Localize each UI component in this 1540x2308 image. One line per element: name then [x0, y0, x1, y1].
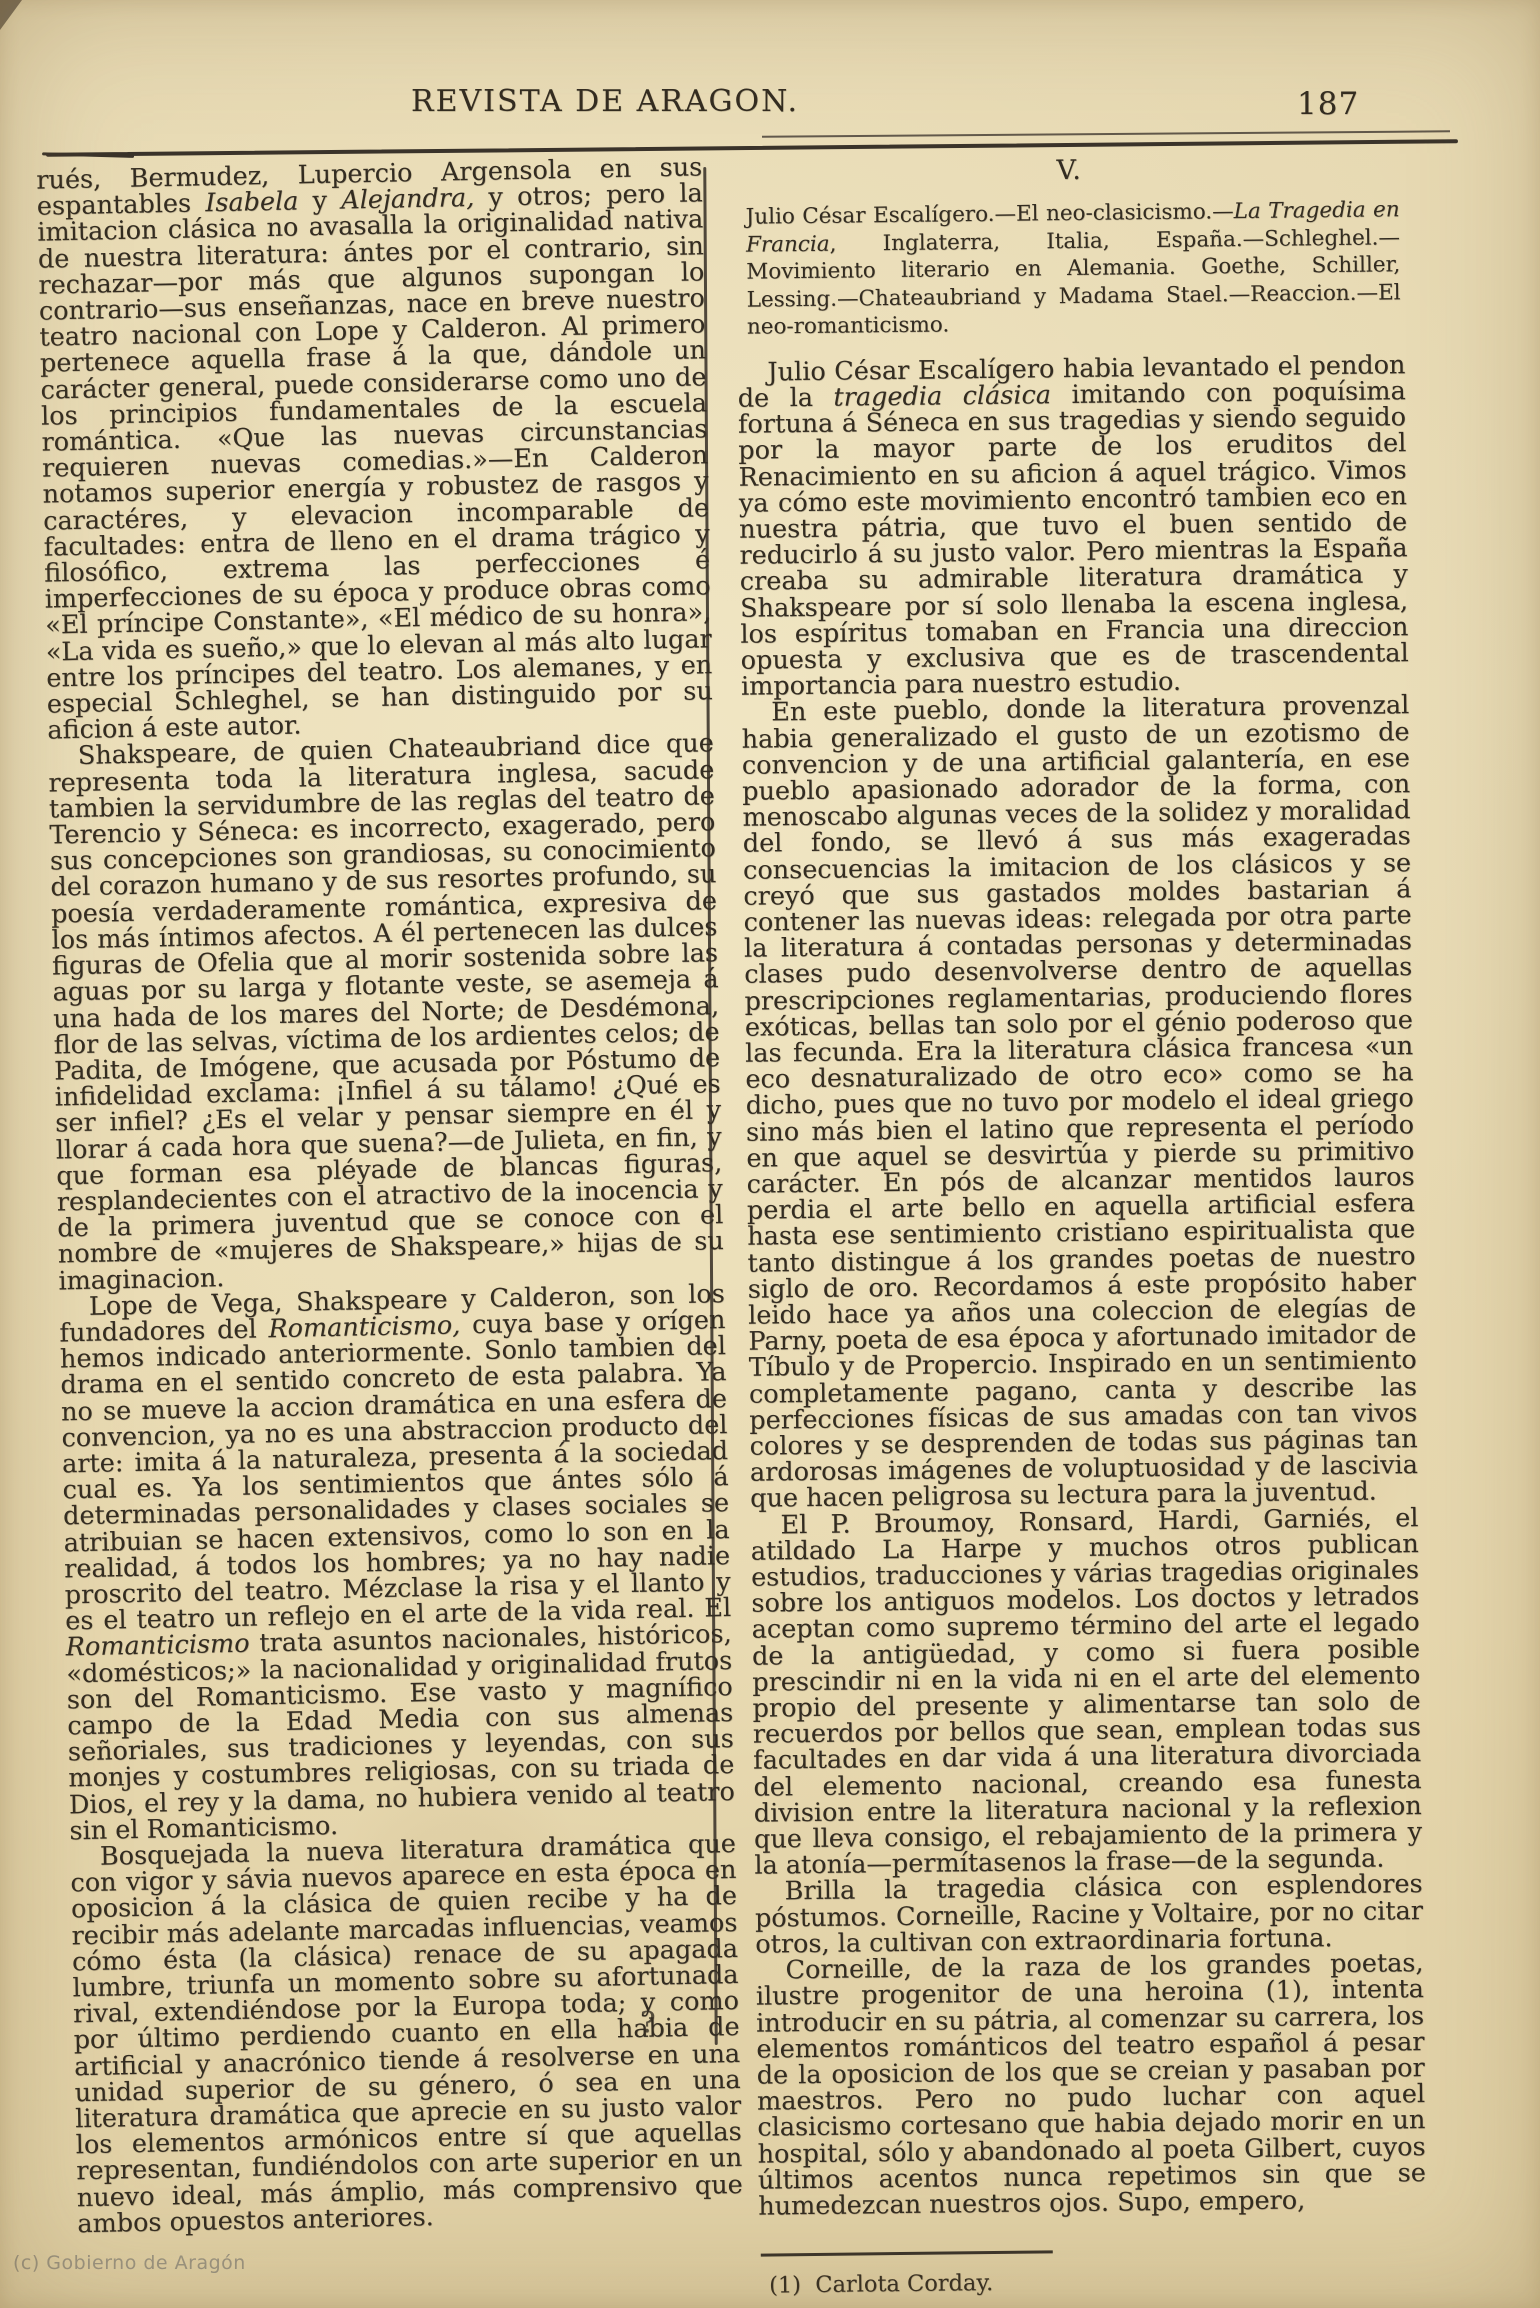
text-run: Brilla la tragedia clásica con esplendor…: [755, 1870, 1423, 1960]
paragraph: El P. Broumoy, Ronsard, Hardi, Garniés, …: [750, 1505, 1422, 1879]
left-column: rués, Bermudez, Lupercio Argensola en su…: [36, 154, 743, 2237]
text-run: y otros; pero la imitacion clásica no av…: [37, 179, 713, 746]
text-run: En este pueblo, donde la literatura prov…: [741, 691, 1418, 1515]
text-run: Shakspeare, de quien Chateaubriand dice …: [48, 729, 724, 1296]
page-number: 187: [1297, 86, 1359, 122]
text-run: , Inglaterra, Italia, España.—Schleghel.…: [746, 225, 1401, 340]
paragraph: Shakspeare, de quien Chateaubriand dice …: [48, 731, 725, 1295]
paragraph: Julio César Escalígero habia levantado e…: [737, 352, 1409, 700]
right-column: V. Julio César Escalígero.—El neo-clasic…: [735, 152, 1427, 2299]
text-run: Julio César Escalígero.—El neo-clasicism…: [746, 199, 1234, 230]
section-number: V.: [735, 154, 1403, 188]
text-run: imitando con poquísima fortuna á Séneca …: [738, 376, 1409, 702]
text-run: cuya base y orígen hemos indicado anteri…: [60, 1305, 732, 1637]
scanned-page: REVISTA DE ARAGON. 187 rués, Bermudez, L…: [0, 0, 1540, 2308]
text-run: El P. Broumoy, Ronsard, Hardi, Garniés, …: [751, 1503, 1423, 1881]
copyright-watermark: (c) Gobierno de Aragón: [13, 2252, 246, 2274]
footnote: (1) Carlota Corday.: [759, 2265, 1427, 2299]
header-rule-secondary: [762, 130, 1450, 137]
paragraph: rués, Bermudez, Lupercio Argensola en su…: [36, 154, 713, 744]
paragraph: En este pueblo, donde la literatura prov…: [741, 693, 1418, 1513]
section-summary: Julio César Escalígero.—El neo-clasicism…: [746, 196, 1402, 341]
journal-title: REVISTA DE ARAGON.: [0, 84, 1210, 119]
text-run: Corneille, de la raza de los grandes poe…: [756, 1948, 1426, 2221]
scan-corner-mark: [0, 0, 22, 30]
right-column-body: Julio César Escalígero habia levantado e…: [737, 352, 1426, 2220]
paragraph: Lope de Vega, Shakspeare y Calderon, son…: [59, 1281, 736, 1845]
paragraph: Corneille, de la raza de los grandes poe…: [755, 1950, 1426, 2220]
footnote-rule: [761, 2250, 1053, 2256]
paragraph: Brilla la tragedia clásica con esplendor…: [755, 1872, 1424, 1958]
